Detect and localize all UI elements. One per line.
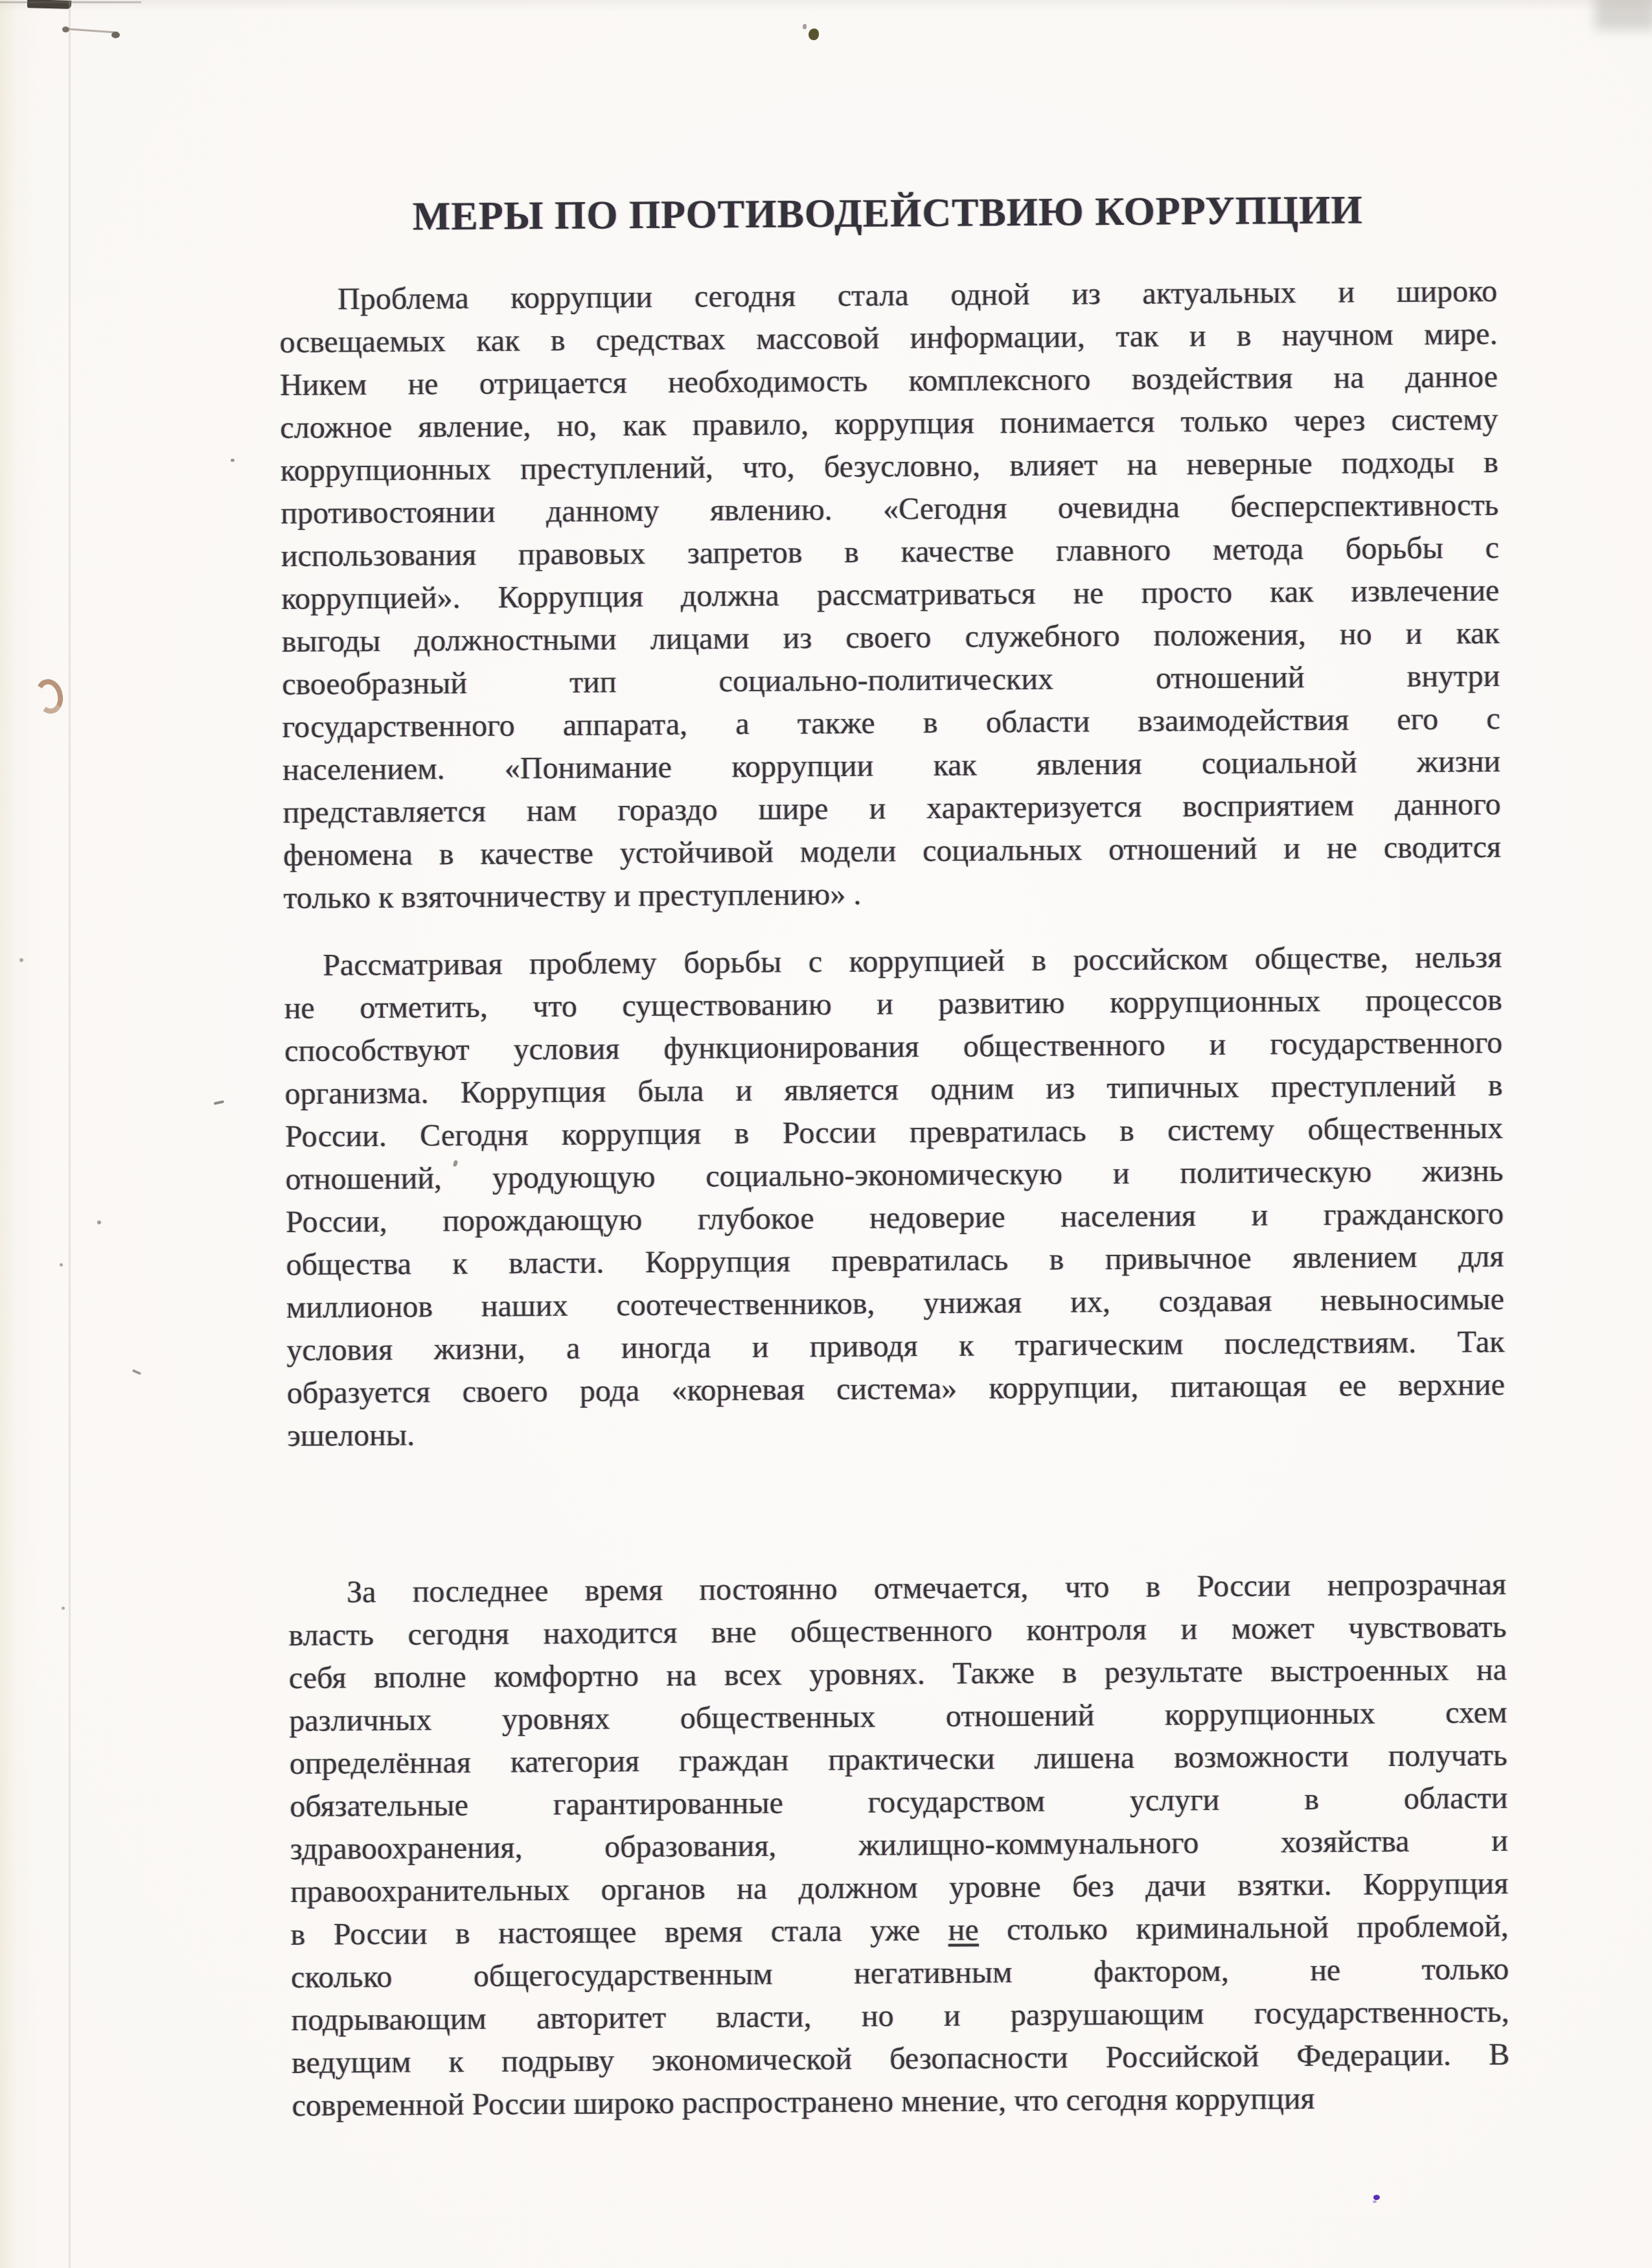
document-title: МЕРЫ ПО ПРОТИВОДЕЙСТВИЮ КОРРУПЦИИ bbox=[279, 186, 1497, 241]
scan-crease-blob-left bbox=[62, 27, 69, 32]
scan-smudge-top-left-icon bbox=[27, 0, 71, 9]
margin-curl-mark bbox=[32, 676, 66, 716]
document-body: Проблема коррупции сегодня стала одной и… bbox=[279, 270, 1510, 2127]
paragraph-2: Рассматривая проблему борьбы с коррупцие… bbox=[284, 936, 1505, 1458]
scan-speck bbox=[97, 1220, 101, 1224]
scan-speck bbox=[60, 1263, 63, 1266]
text-line: феномена в качестве устойчивой модели со… bbox=[283, 826, 1501, 877]
text-line: эшелоны. bbox=[287, 1406, 1505, 1458]
text-line: ведущим к подрыву экономической безопасн… bbox=[292, 2033, 1509, 2085]
scan-vertical-line bbox=[69, 0, 71, 2268]
text-line: образуется своего рода «корневая система… bbox=[287, 1364, 1505, 1415]
scan-dash-mark bbox=[214, 1100, 224, 1105]
text-line: современной России широко распространено… bbox=[292, 2076, 1509, 2127]
paragraph-1: Проблема коррупции сегодня стала одной и… bbox=[279, 270, 1502, 920]
scan-speck bbox=[62, 1607, 65, 1610]
text-line: только к взяточничеству и преступлению» … bbox=[283, 869, 1501, 920]
scan-speck bbox=[19, 958, 23, 962]
paragraph-3: За последнее время постоянно отмечается,… bbox=[288, 1563, 1510, 2127]
ink-dot-bottom-right bbox=[1373, 2194, 1380, 2201]
underlined-word: не bbox=[948, 1913, 979, 1947]
document-content: МЕРЫ ПО ПРОТИВОДЕЙСТВИЮ КОРРУПЦИИ Пробле… bbox=[279, 186, 1510, 2127]
scan-speck bbox=[231, 459, 235, 462]
scan-crease-blob-right bbox=[111, 32, 120, 38]
scan-dash-mark bbox=[132, 1369, 141, 1375]
scanned-page: МЕРЫ ПО ПРОТИВОДЕЙСТВИЮ КОРРУПЦИИ Пробле… bbox=[0, 0, 1652, 2268]
scan-top-edge-line bbox=[0, 1, 141, 3]
scan-speck-top-center bbox=[809, 29, 819, 40]
scan-smudge-top-right bbox=[1595, 0, 1652, 30]
scan-crease-mark bbox=[67, 28, 118, 33]
